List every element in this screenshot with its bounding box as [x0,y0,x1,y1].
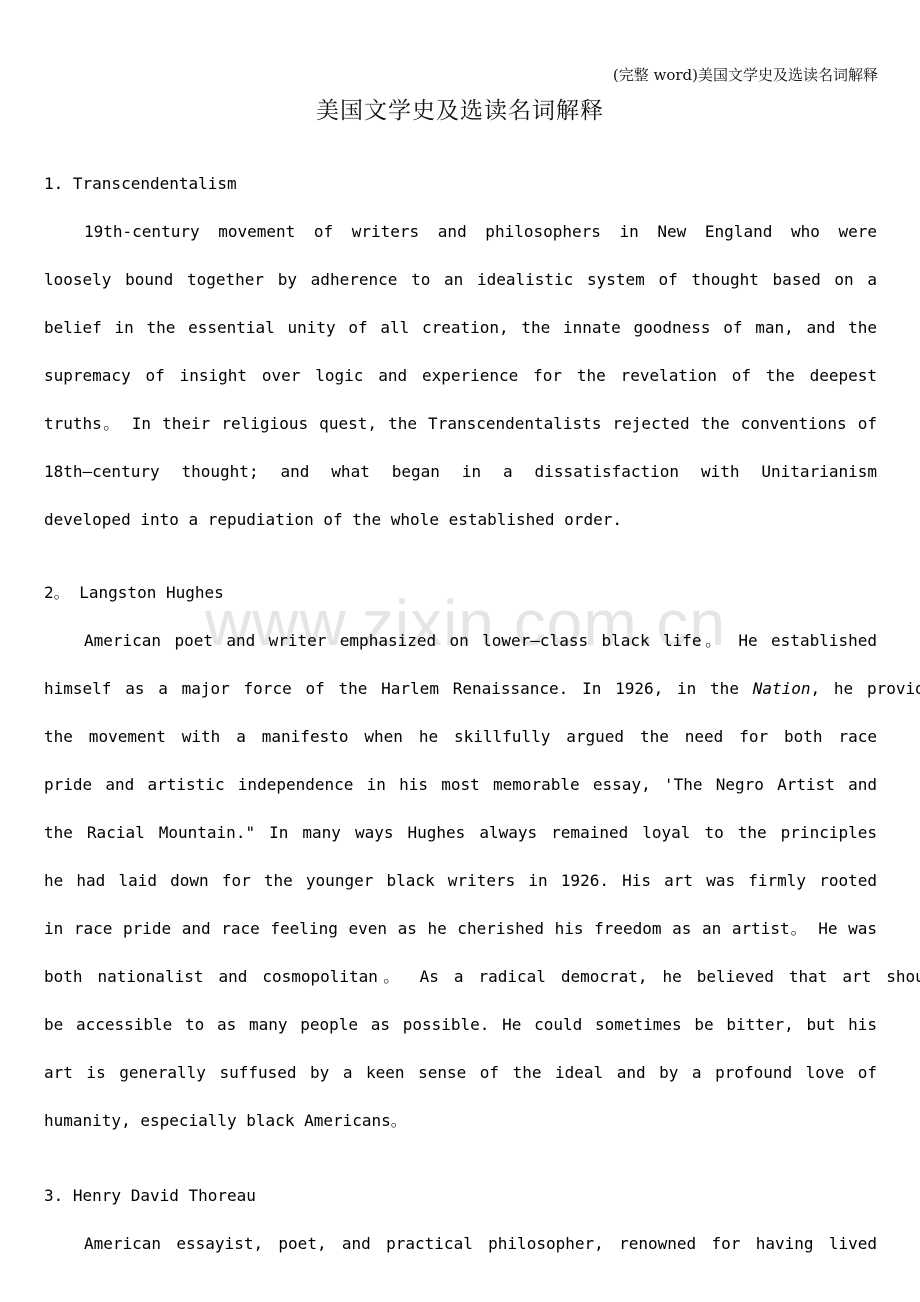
paragraph-line: the movement with a manifesto when he sk… [44,713,877,761]
section-1-paragraph: 19th-century movement of writers and phi… [44,208,877,544]
document-title: 美国文学史及选读名词解释 [0,92,920,125]
section-2-heading: 2。 Langston Hughes [44,569,877,617]
document-page: { "page": { "header": "(完整 word)美国文学史及选读… [0,0,920,1302]
paragraph-line: loosely bound together by adherence to a… [44,256,877,304]
section-3-heading: 3. Henry David Thoreau [44,1172,877,1220]
section-3-paragraph: American essayist, poet, and practical p… [44,1220,877,1268]
paragraph-line: 19th-century movement of writers and phi… [44,208,877,256]
section-2-paragraph: American poet and writer emphasized on l… [44,617,877,1145]
paragraph-line: belief in the essential unity of all cre… [44,304,877,352]
line-text: himself as a major force of the Harlem R… [44,679,753,698]
paragraph-line: art is generally suffused by a keen sens… [44,1049,877,1097]
paragraph-line: supremacy of insight over logic and expe… [44,352,877,400]
paragraph-line: the Racial Mountain." In many ways Hughe… [44,809,877,857]
paragraph-line: in race pride and race feeling even as h… [44,905,877,953]
page-header-filename: (完整 word)美国文学史及选读名词解释 [613,64,878,85]
paragraph-line: humanity, especially black Americans。 [44,1097,877,1145]
section-1-heading: 1. Transcendentalism [44,160,877,208]
paragraph-line: both nationalist and cosmopolitan。 As a … [44,953,920,1001]
paragraph-line: truths。 In their religious quest, the Tr… [44,400,877,448]
paragraph-line: pride and artistic independence in his m… [44,761,877,809]
paragraph-line: American poet and writer emphasized on l… [44,617,877,665]
paragraph-line: 18th—century thought; and what began in … [44,448,877,496]
paragraph-line: himself as a major force of the Harlem R… [44,665,920,713]
paragraph-line: American essayist, poet, and practical p… [44,1220,877,1268]
paragraph-line: developed into a repudiation of the whol… [44,496,877,544]
paragraph-line: be accessible to as many people as possi… [44,1001,877,1049]
line-text: , he provided [811,679,920,698]
italic-title: Nation [753,679,811,698]
paragraph-line: he had laid down for the younger black w… [44,857,877,905]
